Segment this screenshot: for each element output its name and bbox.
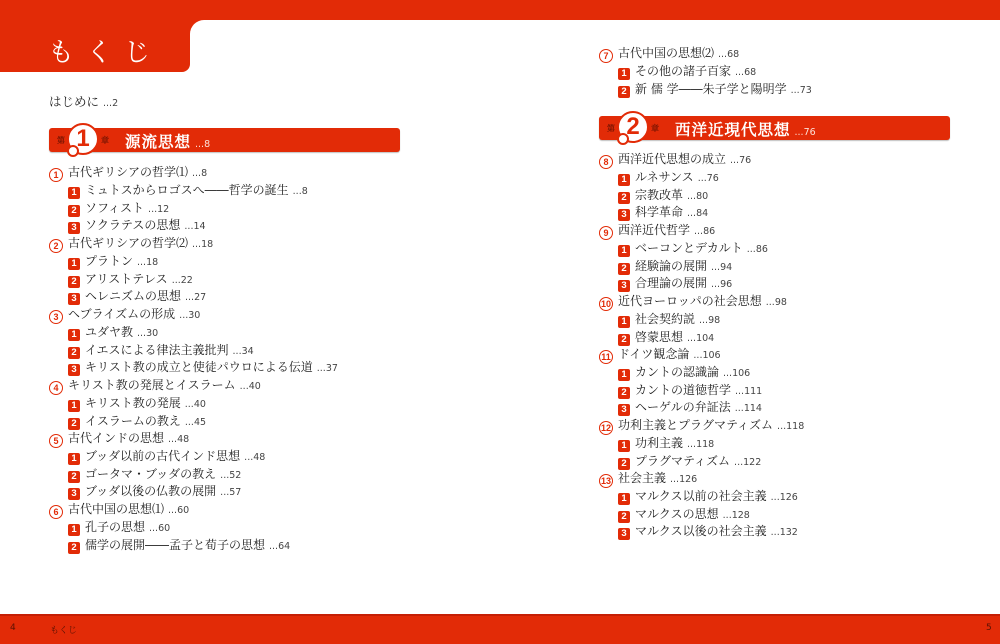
subsection-title: マルクスの思想: [635, 507, 719, 521]
toc-section[interactable]: 2古代ギリシアの哲学⑵...18: [49, 234, 213, 253]
subsection-number-square: 2: [618, 192, 630, 204]
toc-section[interactable]: 5古代インドの思想...48: [49, 429, 189, 448]
subsection-page: ...60: [149, 523, 170, 534]
chapter-title: 西洋近現代思想...76: [675, 118, 816, 140]
section-title: 古代ギリシアの哲学⑴: [68, 165, 188, 179]
section-page: ...30: [179, 310, 200, 321]
toc-subsection[interactable]: 3合理論の展開...96: [618, 274, 732, 292]
toc-subsection[interactable]: 2新 儒 学――朱子学と陽明学...73: [618, 80, 812, 98]
subsection-page: ...14: [184, 221, 205, 232]
toc-subsection[interactable]: 1マルクス以前の社会主義...126: [618, 487, 798, 505]
section-number-circle: 2: [49, 239, 63, 253]
chapter-title: 源流思想...8: [125, 130, 210, 152]
section-title: 近代ヨーロッパの社会思想: [618, 294, 762, 308]
subsection-page: ...94: [711, 262, 732, 273]
subsection-title: ルネサンス: [635, 170, 694, 184]
chapter-title-text: 源流思想: [125, 133, 191, 151]
title-tab-corner: [190, 20, 204, 34]
subsection-page: ...48: [244, 452, 265, 463]
toc-subsection[interactable]: 1孔子の思想...60: [68, 518, 170, 536]
subsection-number-square: 1: [68, 187, 80, 199]
section-page: ...86: [694, 226, 715, 237]
subsection-number-square: 2: [618, 387, 630, 399]
toc-subsection[interactable]: 1功利主義...118: [618, 434, 714, 452]
subsection-number-square: 1: [68, 258, 80, 270]
chapter-number-badge: 1: [67, 123, 99, 155]
page-title: もくじ: [48, 32, 162, 69]
section-page: ...48: [168, 434, 189, 445]
section-title: 古代中国の思想⑴: [68, 502, 164, 516]
section-title: 西洋近代哲学: [618, 223, 690, 237]
section-number-circle: 11: [599, 350, 613, 364]
toc-subsection[interactable]: 1ブッダ以前の古代インド思想...48: [68, 447, 265, 465]
subsection-title: 経験論の展開: [635, 259, 707, 273]
subsection-number-square: 1: [618, 369, 630, 381]
chapter-dai: 第: [57, 135, 65, 146]
subsection-number-square: 1: [68, 400, 80, 412]
section-title: 古代インドの思想: [68, 431, 164, 445]
toc-subsection[interactable]: 1社会契約説...98: [618, 310, 720, 328]
intro-label: はじめに: [49, 94, 99, 109]
subsection-page: ...57: [220, 487, 241, 498]
section-page: ...60: [168, 505, 189, 516]
section-page: ...18: [192, 239, 213, 250]
subsection-page: ...45: [185, 417, 206, 428]
subsection-title: 功利主義: [635, 436, 683, 450]
subsection-number-square: 2: [618, 263, 630, 275]
toc-subsection[interactable]: 3マルクス以後の社会主義...132: [618, 522, 798, 540]
subsection-title: 新 儒 学――朱子学と陽明学: [635, 82, 787, 96]
subsection-number-square: 3: [68, 364, 80, 376]
section-number-circle: 10: [599, 297, 613, 311]
subsection-page: ...76: [698, 173, 719, 184]
toc-subsection[interactable]: 1ベーコンとデカルト...86: [618, 239, 768, 257]
toc-subsection[interactable]: 1キリスト教の発展...40: [68, 394, 206, 412]
subsection-page: ...98: [699, 315, 720, 326]
chapter-sho: 章: [651, 123, 659, 134]
section-number-circle: 7: [599, 49, 613, 63]
section-title: ドイツ観念論: [618, 347, 689, 361]
subsection-number-square: 2: [68, 542, 80, 554]
subsection-number-square: 2: [618, 511, 630, 523]
section-number-circle: 6: [49, 505, 63, 519]
subsection-number-square: 1: [618, 316, 630, 328]
footer-left-page-number: 4: [10, 623, 16, 633]
subsection-title: マルクス以前の社会主義: [635, 489, 767, 503]
section-title: 西洋近代思想の成立: [618, 152, 726, 166]
subsection-title: ヘレニズムの思想: [85, 289, 181, 303]
subsection-page: ...84: [687, 208, 708, 219]
footer-band: 4 もくじ 5: [0, 614, 1000, 644]
chapter-1-bar[interactable]: 第 1 章 源流思想...8: [49, 128, 400, 152]
subsection-title: 合理論の展開: [635, 276, 707, 290]
toc-section[interactable]: 1古代ギリシアの哲学⑴...8: [49, 163, 207, 182]
toc-subsection[interactable]: 3ヘーゲルの弁証法...114: [618, 398, 762, 416]
subsection-title: アリストテレス: [85, 272, 168, 286]
section-number-circle: 13: [599, 474, 613, 488]
section-page: ...126: [670, 474, 697, 485]
subsection-page: ...96: [711, 279, 732, 290]
subsection-number-square: 3: [618, 528, 630, 540]
toc-subsection[interactable]: 2経験論の展開...94: [618, 257, 732, 275]
subsection-page: ...52: [220, 470, 241, 481]
subsection-number-square: 3: [618, 209, 630, 221]
subsection-page: ...126: [771, 492, 798, 503]
subsection-page: ...22: [172, 275, 193, 286]
chapter-page: ...76: [795, 127, 816, 138]
subsection-title: ゴータマ・ブッダの教え: [85, 467, 216, 481]
section-title: 古代中国の思想⑵: [618, 46, 714, 60]
toc-subsection[interactable]: 2イスラームの教え...45: [68, 412, 206, 430]
subsection-page: ...8: [293, 186, 308, 197]
subsection-number-square: 1: [68, 329, 80, 341]
subsection-title: ユダヤ教: [85, 325, 133, 339]
footer-left-label: もくじ: [50, 623, 77, 636]
toc-subsection[interactable]: 1カントの認識論...106: [618, 363, 750, 381]
section-page: ...118: [777, 421, 804, 432]
toc-subsection[interactable]: 1ミュトスからロゴスへ――哲学の誕生...8: [68, 181, 308, 199]
toc-section[interactable]: 12功利主義とプラグマティズム...118: [599, 416, 804, 435]
subsection-page: ...86: [747, 244, 768, 255]
section-page: ...106: [693, 350, 720, 361]
subsection-page: ...80: [687, 191, 708, 202]
toc-subsection[interactable]: 2ソフィスト...12: [68, 199, 169, 217]
subsection-title: 宗教改革: [635, 188, 683, 202]
subsection-number-square: 3: [68, 222, 80, 234]
subsection-title: ベーコンとデカルト: [635, 241, 743, 255]
toc-subsection[interactable]: 3ブッダ以後の仏教の展開...57: [68, 482, 241, 500]
toc-subsection[interactable]: 3キリスト教の成立と使徒パウロによる伝道...37: [68, 358, 338, 376]
subsection-page: ...34: [233, 346, 254, 357]
toc-subsection[interactable]: 3ヘレニズムの思想...27: [68, 287, 206, 305]
toc-subsection[interactable]: 2ゴータマ・ブッダの教え...52: [68, 465, 241, 483]
subsection-number-square: 3: [68, 488, 80, 500]
toc-subsection[interactable]: 2マルクスの思想...128: [618, 505, 750, 523]
subsection-title: ソクラテスの思想: [85, 218, 180, 232]
toc-section[interactable]: 6古代中国の思想⑴...60: [49, 500, 189, 519]
toc-section[interactable]: 10近代ヨーロッパの社会思想...98: [599, 292, 787, 311]
toc-subsection[interactable]: 2啓蒙思想...104: [618, 328, 714, 346]
subsection-number-square: 2: [68, 418, 80, 430]
subsection-number-square: 2: [68, 276, 80, 288]
chapter-2-bar[interactable]: 第 2 章 西洋近現代思想...76: [599, 116, 950, 140]
section-title: 社会主義: [618, 471, 666, 485]
subsection-number-square: 3: [618, 404, 630, 416]
subsection-page: ...111: [735, 386, 762, 397]
subsection-number-square: 3: [68, 293, 80, 305]
chapter-number-badge: 2: [617, 111, 649, 143]
subsection-title: カントの道徳哲学: [635, 383, 731, 397]
subsection-page: ...37: [317, 363, 338, 374]
toc-subsection[interactable]: 1ユダヤ教...30: [68, 323, 158, 341]
subsection-title: プラトン: [85, 254, 133, 268]
subsection-title: ブッダ以後の仏教の展開: [85, 484, 216, 498]
subsection-page: ...128: [723, 510, 750, 521]
subsection-page: ...40: [185, 399, 206, 410]
subsection-page: ...122: [734, 457, 761, 468]
chapter-title-text: 西洋近現代思想: [675, 121, 791, 139]
section-page: ...8: [192, 168, 207, 179]
subsection-page: ...106: [723, 368, 750, 379]
subsection-page: ...114: [735, 403, 762, 414]
subsection-page: ...118: [687, 439, 714, 450]
subsection-number-square: 1: [618, 440, 630, 452]
subsection-title: カントの認識論: [635, 365, 719, 379]
section-title: キリスト教の発展とイスラーム: [68, 378, 236, 392]
section-title: ヘブライズムの形成: [68, 307, 175, 321]
toc-subsection[interactable]: 2宗教改革...80: [618, 186, 708, 204]
subsection-number-square: 1: [618, 245, 630, 257]
subsection-page: ...132: [771, 527, 798, 538]
chapter-sho: 章: [101, 135, 109, 146]
subsection-title: 啓蒙思想: [635, 330, 683, 344]
subsection-number-square: 1: [618, 68, 630, 80]
toc-section[interactable]: 8西洋近代思想の成立...76: [599, 150, 751, 169]
subsection-number-square: 1: [618, 174, 630, 186]
subsection-page: ...18: [137, 257, 158, 268]
section-number-circle: 9: [599, 226, 613, 240]
subsection-title: 社会契約説: [635, 312, 695, 326]
section-page: ...68: [718, 49, 739, 60]
toc-subsection[interactable]: 2カントの道徳哲学...111: [618, 381, 762, 399]
subsection-title: ブッダ以前の古代インド思想: [85, 449, 240, 463]
subsection-title: キリスト教の発展: [85, 396, 181, 410]
toc-section[interactable]: 4キリスト教の発展とイスラーム...40: [49, 376, 261, 395]
toc-subsection[interactable]: 1プラトン...18: [68, 252, 158, 270]
subsection-page: ...104: [687, 333, 714, 344]
subsection-page: ...64: [269, 541, 290, 552]
subsection-number-square: 2: [68, 471, 80, 483]
subsection-title: 孔子の思想: [85, 520, 145, 534]
subsection-title: マルクス以後の社会主義: [635, 524, 767, 538]
intro-page: ...2: [103, 98, 118, 109]
subsection-page: ...68: [735, 67, 756, 78]
footer-right-page-number: 5: [986, 623, 992, 633]
subsection-title: イスラームの教え: [85, 414, 181, 428]
toc-section[interactable]: 13社会主義...126: [599, 469, 697, 488]
subsection-number-square: 1: [618, 493, 630, 505]
subsection-number-square: 2: [618, 86, 630, 98]
chapter-dai: 第: [607, 123, 615, 134]
toc-section[interactable]: 11ドイツ観念論...106: [599, 345, 721, 364]
toc-subsection[interactable]: 2プラグマティズム...122: [618, 452, 761, 470]
section-title: 功利主義とプラグマティズム: [618, 418, 773, 432]
section-number-circle: 4: [49, 381, 63, 395]
subsection-page: ...30: [137, 328, 158, 339]
toc-section[interactable]: 7古代中国の思想⑵...68: [599, 44, 739, 63]
subsection-title: 科学革命: [635, 205, 683, 219]
toc-section[interactable]: 9西洋近代哲学...86: [599, 221, 715, 240]
toc-subsection[interactable]: 2アリストテレス...22: [68, 270, 193, 288]
toc-intro[interactable]: はじめに...2: [49, 92, 118, 110]
toc-subsection[interactable]: 1ルネサンス...76: [618, 168, 719, 186]
subsection-title: 儒学の展開――孟子と荀子の思想: [85, 538, 265, 552]
toc-subsection[interactable]: 2儒学の展開――孟子と荀子の思想...64: [68, 536, 290, 554]
toc-subsection[interactable]: 1その他の諸子百家...68: [618, 62, 756, 80]
subsection-title: プラグマティズム: [635, 454, 730, 468]
section-number-circle: 3: [49, 310, 63, 324]
subsection-page: ...73: [791, 85, 812, 96]
section-title: 古代ギリシアの哲学⑵: [68, 236, 188, 250]
section-page: ...40: [240, 381, 261, 392]
subsection-title: ソフィスト: [85, 201, 144, 215]
chapter-page: ...8: [195, 139, 210, 150]
subsection-page: ...27: [185, 292, 206, 303]
subsection-number-square: 2: [68, 205, 80, 217]
subsection-title: その他の諸子百家: [635, 64, 731, 78]
toc-subsection[interactable]: 3ソクラテスの思想...14: [68, 216, 206, 234]
subsection-number-square: 1: [68, 524, 80, 536]
subsection-number-square: 2: [618, 458, 630, 470]
toc-section[interactable]: 3ヘブライズムの形成...30: [49, 305, 200, 324]
subsection-number-square: 1: [68, 453, 80, 465]
subsection-number-square: 2: [618, 334, 630, 346]
subsection-title: ミュトスからロゴスへ――哲学の誕生: [85, 183, 289, 197]
toc-subsection[interactable]: 3科学革命...84: [618, 203, 708, 221]
subsection-page: ...12: [148, 204, 169, 215]
section-number-circle: 12: [599, 421, 613, 435]
toc-subsection[interactable]: 2イエスによる律法主義批判...34: [68, 341, 254, 359]
subsection-title: ヘーゲルの弁証法: [635, 400, 731, 414]
subsection-number-square: 3: [618, 280, 630, 292]
section-page: ...98: [766, 297, 787, 308]
section-page: ...76: [730, 155, 751, 166]
section-number-circle: 5: [49, 434, 63, 448]
subsection-title: イエスによる律法主義批判: [85, 343, 229, 357]
section-number-circle: 8: [599, 155, 613, 169]
subsection-number-square: 2: [68, 347, 80, 359]
subsection-title: キリスト教の成立と使徒パウロによる伝道: [85, 360, 313, 374]
section-number-circle: 1: [49, 168, 63, 182]
